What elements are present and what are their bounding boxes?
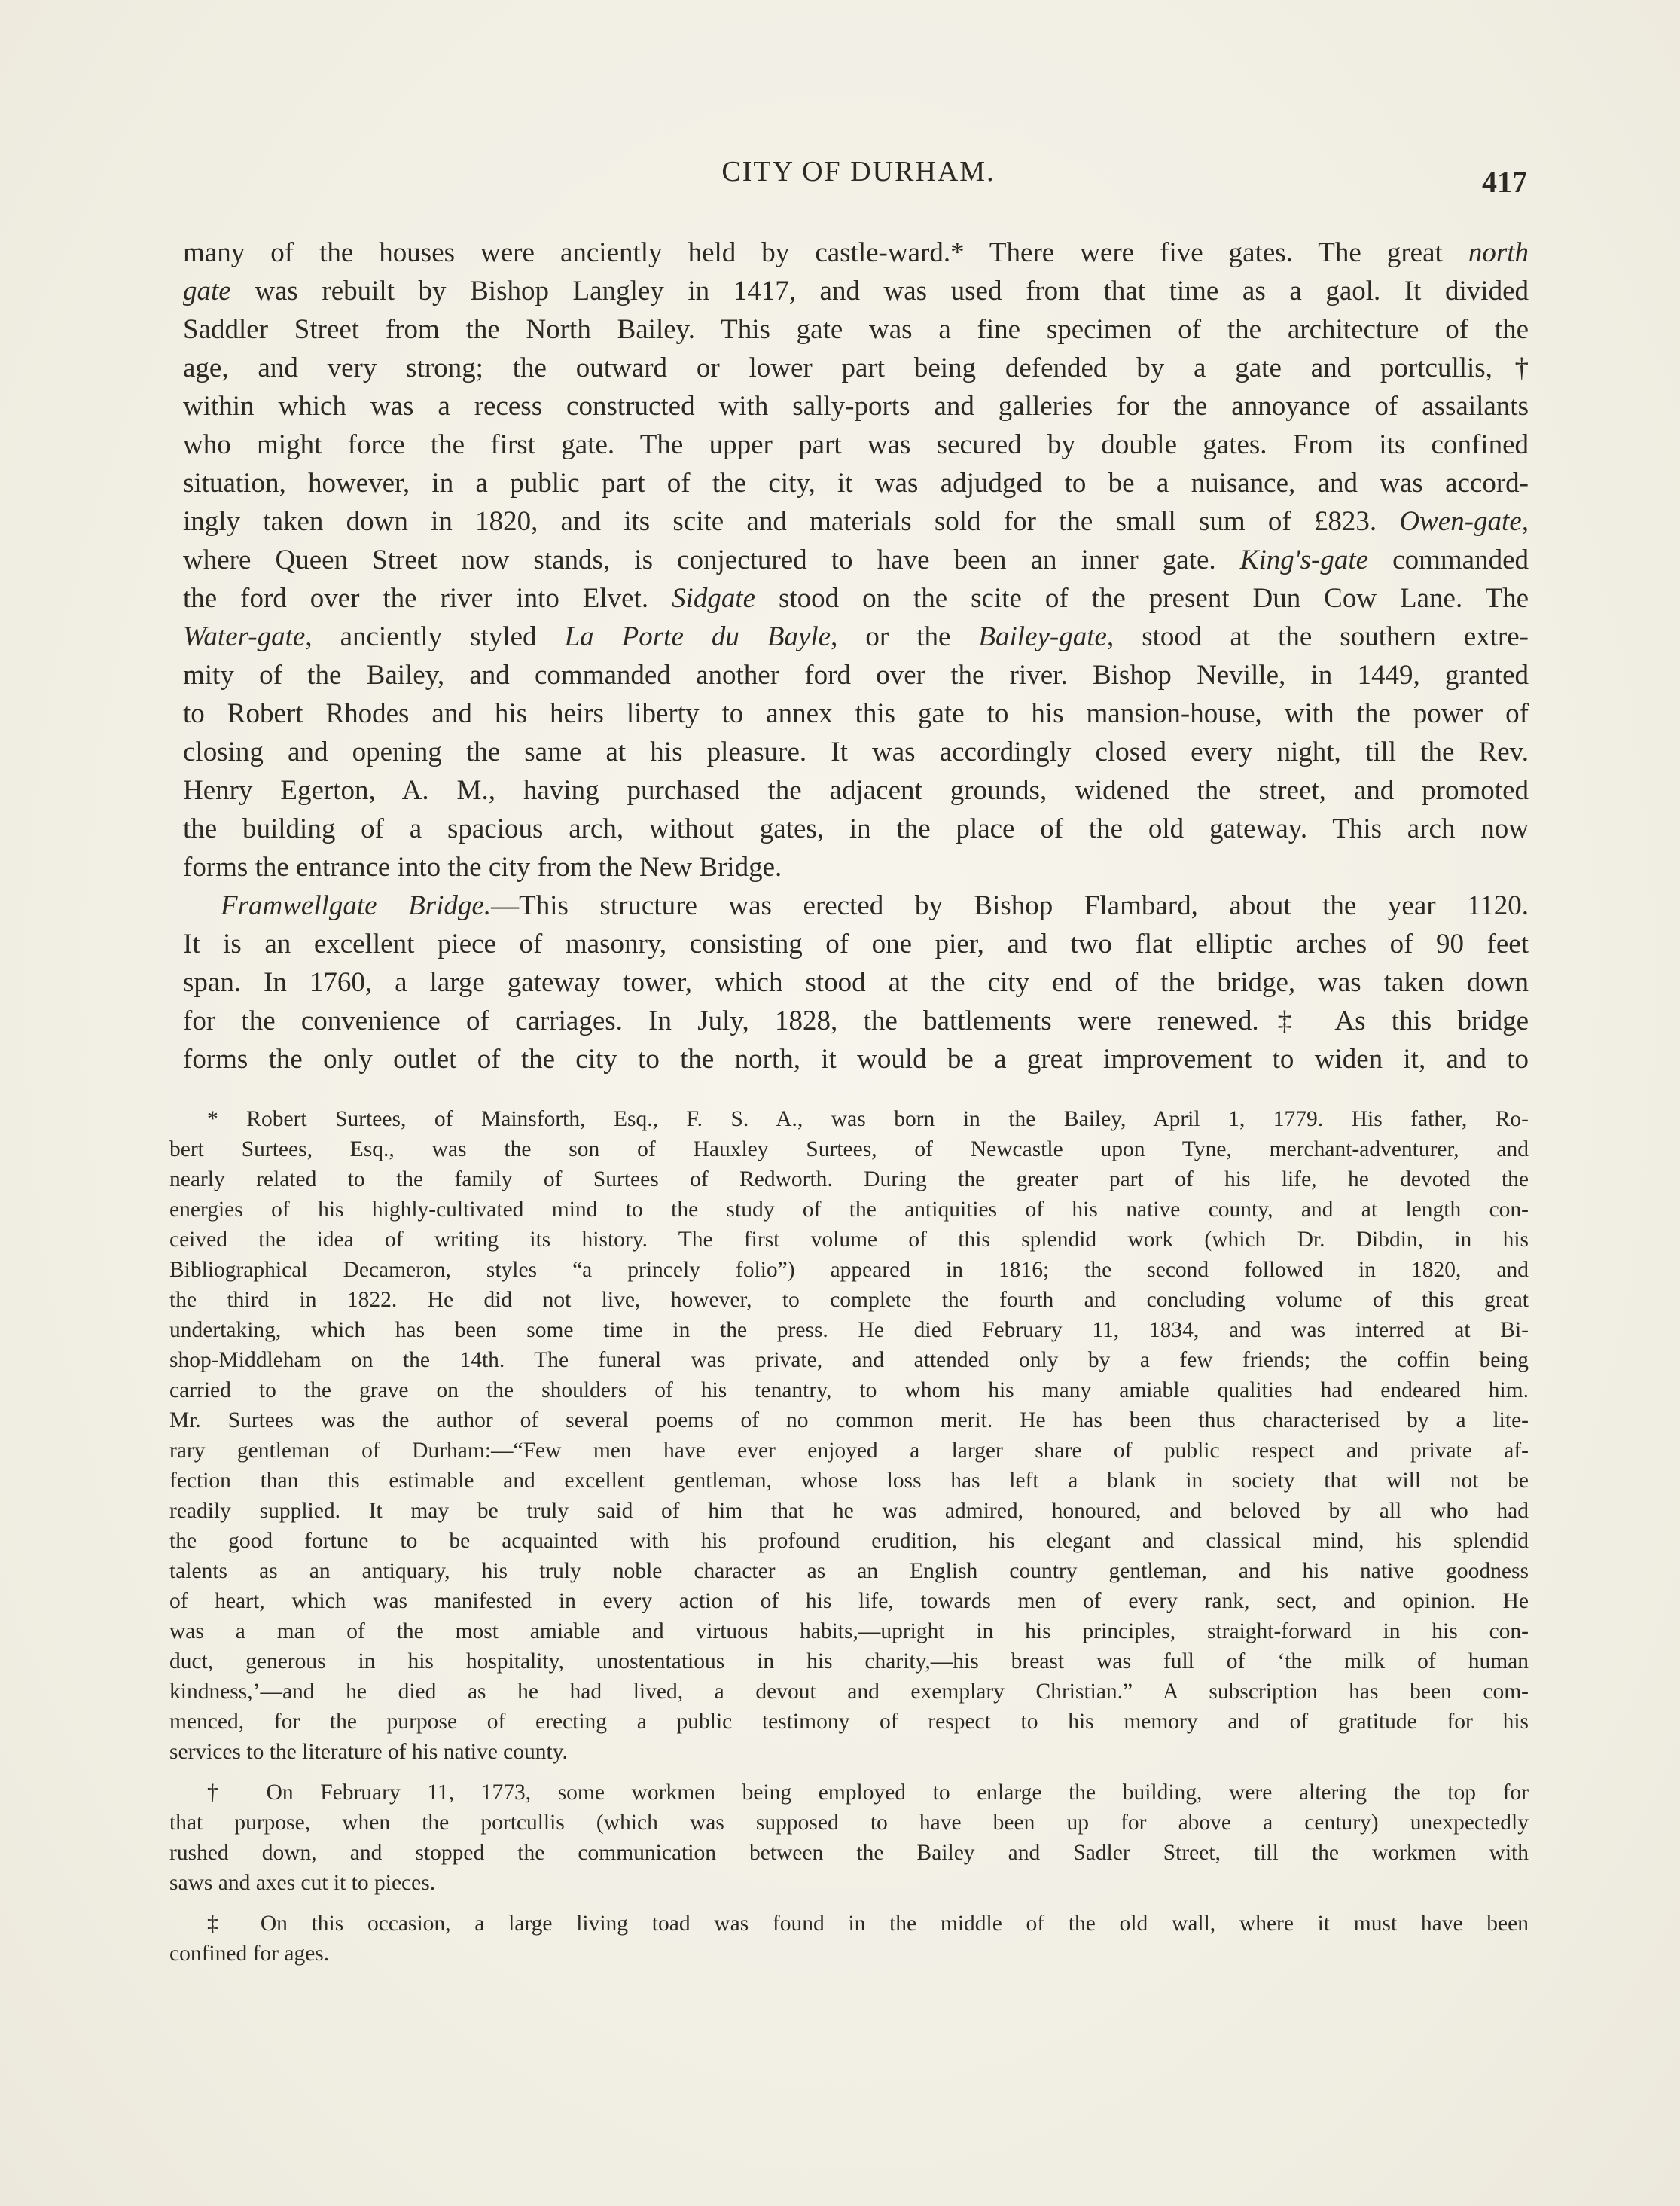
text-line: bert Surtees, Esq., was the son of Hauxl… (169, 1134, 1529, 1164)
running-head: CITY OF DURHAM. 417 (0, 155, 1680, 193)
text-segment: , stood at the southern extre- (1107, 621, 1529, 652)
italic-text: Bailey-gate (978, 621, 1107, 652)
italic-text: King's-gate (1240, 545, 1368, 575)
text-line: for the convenience of carriages. In Jul… (183, 1002, 1529, 1040)
footnote-gap (169, 1898, 1529, 1909)
text-line: Framwellgate Bridge.—This structure was … (183, 886, 1529, 925)
text-line: that purpose, when the portcullis (which… (169, 1808, 1529, 1838)
text-segment: forms the entrance into the city from th… (183, 852, 782, 883)
text-segment: carried to the grave on the shoulders of… (169, 1378, 1529, 1402)
footnote: † On February 11, 1773, some workmen bei… (169, 1777, 1529, 1898)
text-segment: forms the only outlet of the city to the… (183, 1044, 1529, 1075)
text-line: where Queen Street now stands, is conjec… (183, 541, 1529, 579)
text-segment: bert Surtees, Esq., was the son of Hauxl… (169, 1137, 1529, 1161)
text-line: talents as an antiquary, his truly noble… (169, 1556, 1529, 1586)
text-segment: † On February 11, 1773, some workmen bei… (207, 1780, 1529, 1805)
text-line: Saddler Street from the North Bailey. Th… (183, 310, 1529, 349)
text-line: fection than this estimable and excellen… (169, 1466, 1529, 1496)
text-line: gate was rebuilt by Bishop Langley in 14… (183, 272, 1529, 310)
text-segment: readily supplied. It may be truly said o… (169, 1499, 1529, 1523)
text-segment: age, and very strong; the outward or low… (183, 352, 1529, 383)
text-segment: within which was a recess constructed wi… (183, 391, 1529, 422)
text-line: ingly taken down in 1820, and its scite … (183, 502, 1529, 541)
text-line: of heart, which was manifested in every … (169, 1586, 1529, 1616)
italic-text: La Porte du Bayle (565, 621, 831, 652)
main-text: many of the houses were anciently held b… (183, 233, 1529, 1079)
text-line: closing and opening the same at his plea… (183, 733, 1529, 771)
italic-text: Water-gate (183, 621, 305, 652)
text-line: undertaking, which has been some time in… (169, 1315, 1529, 1345)
text-line: Henry Egerton, A. M., having purchased t… (183, 771, 1529, 810)
text-segment: who might force the first gate. The uppe… (183, 429, 1529, 460)
text-segment: ingly taken down in 1820, and its scite … (183, 506, 1399, 537)
text-segment: kindness,’—and he died as he had lived, … (169, 1680, 1529, 1704)
text-segment: was a man of the most amiable and virtuo… (169, 1619, 1529, 1643)
text-segment: commanded (1368, 545, 1529, 575)
text-line: Mr. Surtees was the author of several po… (169, 1405, 1529, 1436)
text-segment: the building of a spacious arch, without… (183, 813, 1529, 844)
text-segment: situation, however, in a public part of … (183, 468, 1529, 499)
text-segment: was rebuilt by Bishop Langley in 1417, a… (231, 276, 1529, 307)
text-line: readily supplied. It may be truly said o… (169, 1496, 1529, 1526)
italic-text: Sidgate (672, 583, 755, 614)
text-segment: Bibliographical Decameron, styles “a pri… (169, 1258, 1529, 1282)
text-segment: ‡ On this occasion, a large living toad … (207, 1912, 1529, 1936)
text-segment: undertaking, which has been some time in… (169, 1318, 1529, 1342)
text-line: who might force the first gate. The uppe… (183, 426, 1529, 464)
text-line: ‡ On this occasion, a large living toad … (169, 1909, 1529, 1939)
text-segment: energies of his highly-cultivated mind t… (169, 1198, 1529, 1222)
text-line: services to the literature of his native… (169, 1737, 1529, 1767)
text-segment: fection than this estimable and excellen… (169, 1469, 1529, 1493)
page-number: 417 (1482, 164, 1527, 200)
text-line: menced, for the purpose of erecting a pu… (169, 1707, 1529, 1737)
text-line: * Robert Surtees, of Mainsforth, Esq., F… (169, 1104, 1529, 1134)
text-segment: , or the (831, 621, 978, 652)
text-segment: closing and opening the same at his plea… (183, 737, 1529, 767)
text-segment: ceived the idea of writing its history. … (169, 1228, 1529, 1252)
paragraph: many of the houses were anciently held b… (183, 233, 1529, 886)
text-line: kindness,’—and he died as he had lived, … (169, 1677, 1529, 1707)
text-line: mity of the Bailey, and commanded anothe… (183, 656, 1529, 694)
text-line: the ford over the river into Elvet. Sidg… (183, 579, 1529, 618)
text-segment: rary gentleman of Durham:—“Few men have … (169, 1439, 1529, 1463)
text-line: span. In 1760, a large gateway tower, wh… (183, 963, 1529, 1002)
text-segment: nearly related to the family of Surtees … (169, 1167, 1529, 1191)
text-segment: that purpose, when the portcullis (which… (169, 1811, 1529, 1835)
text-segment: talents as an antiquary, his truly noble… (169, 1559, 1529, 1583)
footnote: * Robert Surtees, of Mainsforth, Esq., F… (169, 1104, 1529, 1767)
italic-text: Owen-gate, (1399, 506, 1529, 537)
text-line: was a man of the most amiable and virtuo… (169, 1616, 1529, 1646)
text-segment: shop-Middleham on the 14th. The funeral … (169, 1348, 1529, 1372)
text-line: forms the only outlet of the city to the… (183, 1040, 1529, 1079)
text-line: shop-Middleham on the 14th. The funeral … (169, 1345, 1529, 1375)
text-segment: the third in 1822. He did not live, howe… (169, 1288, 1529, 1312)
text-segment: * Robert Surtees, of Mainsforth, Esq., F… (207, 1107, 1529, 1131)
text-line: rushed down, and stopped the communicati… (169, 1838, 1529, 1868)
text-line: situation, however, in a public part of … (183, 464, 1529, 502)
italic-text: Framwellgate Bridge. (221, 890, 491, 921)
text-line: confined for ages. (169, 1939, 1529, 1969)
text-line: age, and very strong; the outward or low… (183, 349, 1529, 387)
text-segment: to Robert Rhodes and his heirs liberty t… (183, 698, 1529, 729)
text-line: ceived the idea of writing its history. … (169, 1225, 1529, 1255)
running-head-title: CITY OF DURHAM. (0, 155, 1680, 188)
text-segment: the good fortune to be acquainted with h… (169, 1529, 1529, 1553)
text-line: carried to the grave on the shoulders of… (169, 1375, 1529, 1405)
text-line: nearly related to the family of Surtees … (169, 1164, 1529, 1195)
text-line: Water-gate, anciently styled La Porte du… (183, 618, 1529, 656)
text-line: energies of his highly-cultivated mind t… (169, 1195, 1529, 1225)
book-page: CITY OF DURHAM. 417 many of the houses w… (0, 0, 1680, 2206)
text-line: the third in 1822. He did not live, howe… (169, 1285, 1529, 1315)
footnote: ‡ On this occasion, a large living toad … (169, 1909, 1529, 1969)
text-line: the good fortune to be acquainted with h… (169, 1526, 1529, 1556)
footnotes: * Robert Surtees, of Mainsforth, Esq., F… (169, 1104, 1529, 1969)
text-line: within which was a recess constructed wi… (183, 387, 1529, 426)
text-segment: saws and axes cut it to pieces. (169, 1871, 435, 1895)
text-segment: —This structure was erected by Bishop Fl… (491, 890, 1529, 921)
text-segment: of heart, which was manifested in every … (169, 1589, 1529, 1613)
text-line: Bibliographical Decameron, styles “a pri… (169, 1255, 1529, 1285)
text-segment: for the convenience of carriages. In Jul… (183, 1005, 1529, 1036)
text-segment: services to the literature of his native… (169, 1740, 568, 1764)
text-line: saws and axes cut it to pieces. (169, 1868, 1529, 1898)
text-line: † On February 11, 1773, some workmen bei… (169, 1777, 1529, 1808)
text-segment: stood on the scite of the present Dun Co… (755, 583, 1529, 614)
text-segment: span. In 1760, a large gateway tower, wh… (183, 967, 1529, 998)
text-segment: where Queen Street now stands, is conjec… (183, 545, 1240, 575)
paragraph: Framwellgate Bridge.—This structure was … (183, 886, 1529, 1079)
text-segment: It is an excellent piece of masonry, con… (183, 929, 1529, 960)
text-segment: menced, for the purpose of erecting a pu… (169, 1710, 1529, 1734)
text-line: It is an excellent piece of masonry, con… (183, 925, 1529, 963)
text-segment: Saddler Street from the North Bailey. Th… (183, 314, 1529, 345)
text-line: forms the entrance into the city from th… (183, 848, 1529, 886)
text-segment: rushed down, and stopped the communicati… (169, 1841, 1529, 1865)
text-segment: Henry Egerton, A. M., having purchased t… (183, 775, 1529, 806)
text-line: many of the houses were anciently held b… (183, 233, 1529, 272)
text-segment: duct, generous in his hospitality, unost… (169, 1649, 1529, 1674)
footnote-gap (169, 1767, 1529, 1777)
text-segment: confined for ages. (169, 1942, 329, 1966)
text-line: duct, generous in his hospitality, unost… (169, 1646, 1529, 1677)
text-segment: , anciently styled (305, 621, 564, 652)
text-segment: mity of the Bailey, and commanded anothe… (183, 660, 1529, 691)
text-segment: the ford over the river into Elvet. (183, 583, 672, 614)
text-segment: many of the houses were anciently held b… (183, 237, 1468, 268)
text-line: the building of a spacious arch, without… (183, 810, 1529, 848)
italic-text: gate (183, 276, 231, 307)
text-line: to Robert Rhodes and his heirs liberty t… (183, 694, 1529, 733)
text-segment: Mr. Surtees was the author of several po… (169, 1408, 1529, 1433)
text-line: rary gentleman of Durham:—“Few men have … (169, 1436, 1529, 1466)
italic-text: north (1468, 237, 1529, 268)
